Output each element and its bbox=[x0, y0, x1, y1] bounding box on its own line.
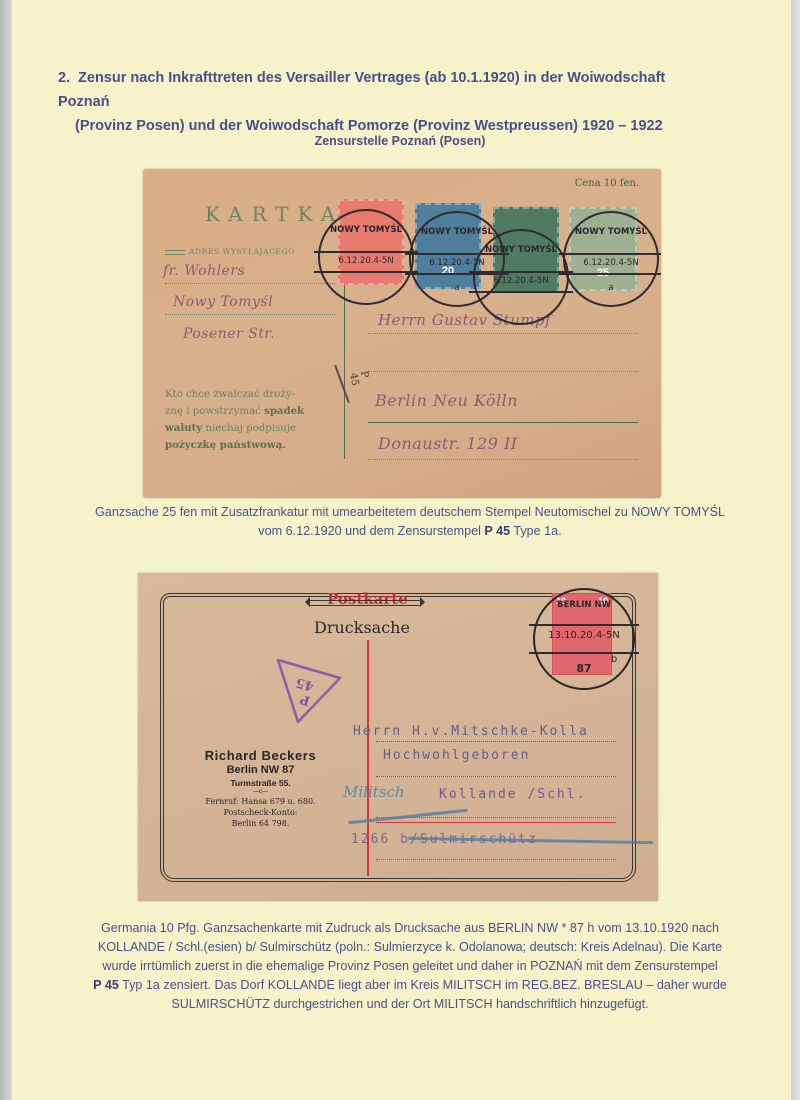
caption-line: P 45 Typ 1a zensiert. Das Dorf KOLLANDE … bbox=[60, 976, 760, 995]
address-line bbox=[368, 333, 638, 334]
card-title: KARTKA bbox=[205, 202, 344, 226]
scan-edge-left bbox=[0, 0, 12, 1100]
caption-card-2: Germania 10 Pfg. Ganzsachenkarte mit Zud… bbox=[60, 919, 760, 1014]
heading-line-1: Zensur nach Inkrafttreten des Versailler… bbox=[58, 70, 665, 110]
address-line bbox=[368, 371, 638, 372]
address-line bbox=[368, 459, 638, 460]
postmark: NOWY TOMYŚL 6.12.20.4-5N bbox=[318, 209, 414, 305]
subheading: Zensurstelle Poznań (Posen) bbox=[0, 134, 800, 148]
card-title: Drucksache bbox=[314, 618, 410, 637]
address-solid-line bbox=[368, 422, 638, 423]
handwritten-militsch: Militsch bbox=[343, 783, 405, 801]
censor-mark-p45: P 45 bbox=[341, 364, 371, 404]
postcard-kartka: Cena 10 fen. KARTKA ADRES WYSYŁAJĄCEGO f… bbox=[143, 169, 661, 498]
caption-line: SULMIRSCHÜTZ durchgestrichen und der Ort… bbox=[60, 995, 760, 1014]
address-dotted-line bbox=[376, 741, 616, 742]
address-line-2: Hochwohlgeboren bbox=[383, 748, 530, 763]
sender-hand-1: fr. Wohlers bbox=[163, 263, 245, 279]
recipient-hand-3: Donaustr. 129 II bbox=[378, 434, 518, 453]
sender-hand-2: Nowy Tomyśl bbox=[173, 294, 273, 310]
sender-city: Berlin NW 87 bbox=[178, 764, 343, 776]
sender-account-label: Postscheck-Konto: bbox=[178, 807, 343, 818]
sender-hand-3: Posener Str. bbox=[183, 326, 275, 342]
postmark: NOWY TOMYŚL 6.12.20.4-5N a bbox=[563, 211, 659, 307]
sender-account: Berlin 64 798. bbox=[178, 818, 343, 829]
postmark: NOWY TOMYŚL 6.12.20.4-5N bbox=[473, 229, 569, 325]
address-dotted-line bbox=[376, 776, 616, 777]
separator: —c— bbox=[178, 789, 343, 795]
section-heading: 2. Zensur nach Inkrafttreten des Versail… bbox=[58, 66, 698, 138]
scan-edge-right bbox=[791, 0, 800, 1100]
postmark: BERLIN NW 13.10.20.4-5N 87 b bbox=[533, 588, 635, 690]
strike-bar bbox=[310, 600, 420, 606]
address-solid-line bbox=[376, 822, 616, 823]
caption-line: Ganzsache 25 fen mit Zusatzfrankatur mit… bbox=[60, 503, 760, 522]
postcard-drucksache: Postkarte Drucksache P 45 10 10 BERLIN N… bbox=[138, 573, 658, 901]
sender-line bbox=[165, 314, 335, 315]
address-dotted-line bbox=[376, 859, 616, 860]
address-line-3: Kollande /Schl. bbox=[439, 787, 586, 802]
recipient-hand-2: Berlin Neu Kölln bbox=[375, 391, 518, 410]
sender-line bbox=[165, 283, 335, 284]
section-number: 2. bbox=[58, 66, 74, 90]
address-line-1: Herrn H.v.Mitschke-Kolla bbox=[353, 724, 589, 739]
caption-card-1: Ganzsache 25 fen mit Zusatzfrankatur mit… bbox=[60, 503, 760, 541]
caption-line: Germania 10 Pfg. Ganzsachenkarte mit Zud… bbox=[60, 919, 760, 938]
price-imprint: Cena 10 fen. bbox=[575, 178, 639, 189]
caption-line: vom 6.12.1920 und dem Zensurstempel P 45… bbox=[60, 522, 760, 541]
sender-name: Richard Beckers bbox=[178, 748, 343, 763]
caption-line: KOLLANDE / Schl.(esien) b/ Sulmirschütz … bbox=[60, 938, 760, 957]
caption-line: wurde irrtümlich zuerst in die ehemalige… bbox=[60, 957, 760, 976]
censor-text: P 45 bbox=[347, 370, 372, 395]
sender-phone: Fernruf: Hansa 679 u. 680. bbox=[178, 796, 343, 807]
sender-label: ADRES WYSYŁAJĄCEGO bbox=[165, 247, 295, 256]
sender-street: Turmstraße 55. bbox=[178, 778, 343, 788]
address-dotted-line bbox=[376, 817, 616, 818]
slogan-text: Kto chce zwalczać droży- znę i powstrzym… bbox=[165, 386, 335, 454]
sender-block: Richard Beckers Berlin NW 87 Turmstraße … bbox=[178, 748, 343, 829]
